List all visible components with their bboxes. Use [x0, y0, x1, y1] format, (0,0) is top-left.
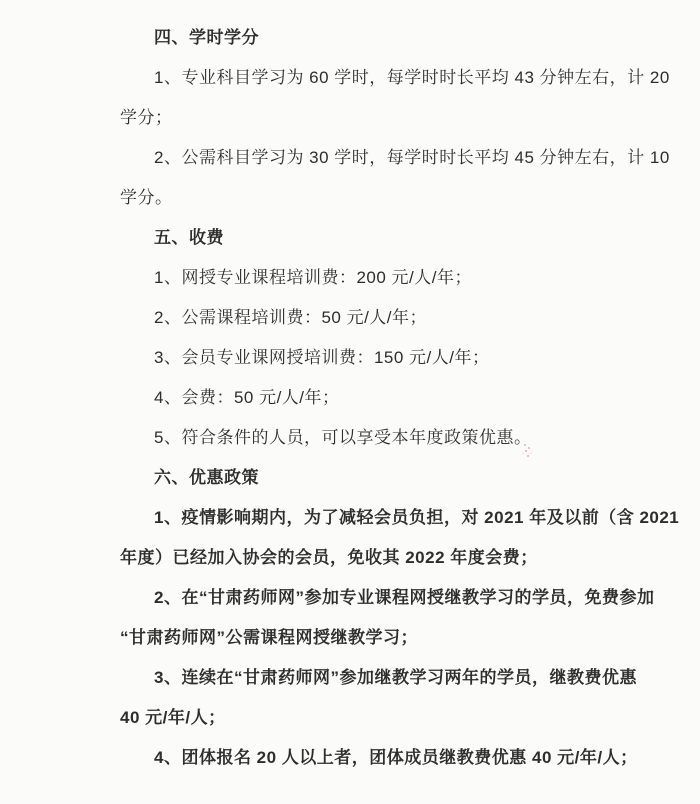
text-line: 3、连续在“甘肃药师网”参加继教学习两年的学员，继教费优惠 — [120, 658, 700, 698]
section-heading: 四、学时学分 — [120, 18, 700, 58]
text-line: 40 元/年/人； — [120, 698, 700, 738]
document-page: 四、学时学分1、专业科目学习为 60 学时，每学时时长平均 43 分钟左右，计 … — [0, 0, 700, 804]
text-line: 4、团体报名 20 人以上者，团体成员继教费优惠 40 元/年/人； — [120, 738, 700, 778]
text-line: 5、符合条件的人员，可以享受本年度政策优惠。 — [120, 418, 700, 458]
text-line: 1、疫情影响期内，为了减轻会员负担，对 2021 年及以前（含 2021 — [120, 498, 700, 538]
text-line: 年度）已经加入协会的会员，免收其 2022 年度会费； — [120, 538, 700, 578]
text-line: 1、网授专业课程培训费：200 元/人/年； — [120, 258, 700, 298]
text-line: 3、会员专业课网授培训费：150 元/人/年； — [120, 338, 700, 378]
text-line: 2、公需课程培训费：50 元/人/年； — [120, 298, 700, 338]
text-line: 学分。 — [120, 178, 700, 218]
text-line: 4、会费：50 元/人/年； — [120, 378, 700, 418]
text-line: 2、公需科目学习为 30 学时，每学时时长平均 45 分钟左右，计 10 — [120, 138, 700, 178]
text-line: 1、专业科目学习为 60 学时，每学时时长平均 43 分钟左右，计 20 — [120, 58, 700, 98]
section-heading: 五、收费 — [120, 218, 700, 258]
text-line: 学分； — [120, 98, 700, 138]
text-line: 2、在“甘肃药师网”参加专业课程网授继教学习的学员，免费参加 — [120, 578, 700, 618]
scan-speckle-artifact — [524, 444, 526, 446]
section-heading: 六、优惠政策 — [120, 458, 700, 498]
document-lines: 四、学时学分1、专业科目学习为 60 学时，每学时时长平均 43 分钟左右，计 … — [120, 18, 700, 778]
text-line: “甘肃药师网”公需课程网授继教学习； — [120, 618, 700, 658]
